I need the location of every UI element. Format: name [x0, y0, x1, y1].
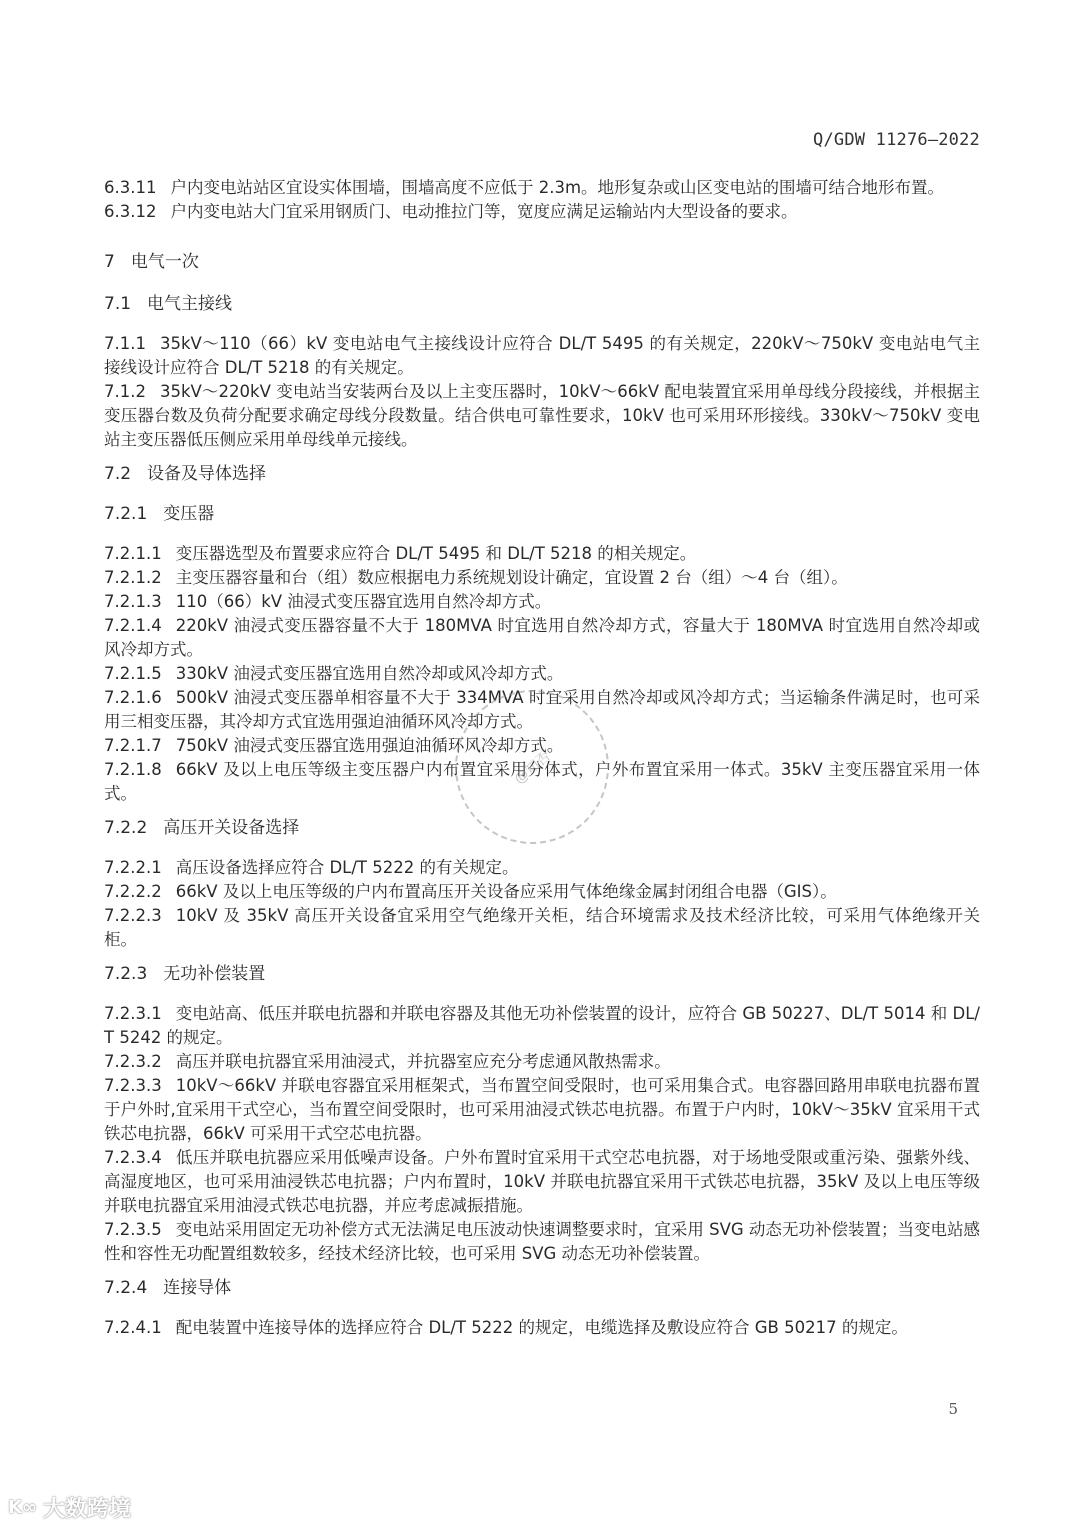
watermark-logo: K∞ 大数跨境 — [8, 1492, 131, 1523]
clause-number: 7.1.1 — [104, 334, 146, 353]
section-number: 7.2.1 — [104, 504, 147, 524]
clause-number: 7.2.1.3 — [104, 592, 162, 611]
clause-text: 高压设备选择应符合 DL/T 5222 的有关规定。 — [176, 858, 519, 877]
clause-text: 110（66）kV 油浸式变压器宜选用自然冷却方式。 — [176, 592, 552, 611]
clause-number: 7.2.1.5 — [104, 664, 162, 683]
clause-7-2-2-2: 7.2.2.266kV 及以上电压等级的户内布置高压开关设备应采用气体绝缘金属封… — [104, 880, 980, 904]
clause-number: 7.2.3.2 — [104, 1052, 162, 1071]
standard-code-header: Q/GDW 11276—2022 — [813, 130, 980, 150]
section-heading-7: 7电气一次 — [104, 250, 980, 274]
logo-icon: K∞ — [8, 1497, 37, 1518]
clause-7-2-3-5: 7.2.3.5变电站采用固定无功补偿方式无法满足电压波动快速调整要求时，宜采用 … — [104, 1218, 980, 1266]
clause-number: 7.2.3.5 — [104, 1220, 162, 1239]
clause-number: 7.2.3.1 — [104, 1004, 162, 1023]
clause-text: 10kV～66kV 并联电容器宜采用框架式，当布置空间受限时，也可采用集合式。电… — [104, 1076, 980, 1143]
clause-text: 高压并联电抗器宜采用油浸式，并抗器室应充分考虑通风散热需求。 — [176, 1052, 671, 1071]
clause-7-2-1-4: 7.2.1.4220kV 油浸式变压器容量不大于 180MVA 时宜选用自然冷却… — [104, 614, 980, 662]
clause-7-2-2-3: 7.2.2.310kV 及 35kV 高压开关设备宜采用空气绝缘开关柜，结合环境… — [104, 904, 980, 952]
stamp-text: @知否 — [509, 746, 554, 788]
section-heading-7-2-3: 7.2.3无功补偿装置 — [104, 962, 980, 986]
clause-number: 7.2.3.3 — [104, 1076, 162, 1095]
clause-text: 户内变电站大门宜采用钢质门、电动推拉门等，宽度应满足运输站内大型设备的要求。 — [170, 202, 797, 221]
section-title: 变压器 — [163, 504, 214, 524]
section-title: 无功补偿装置 — [163, 964, 265, 984]
section-title: 电气一次 — [131, 252, 199, 272]
section-heading-7-1: 7.1电气主接线 — [104, 292, 980, 316]
section-number: 7 — [104, 252, 115, 272]
section-title: 连接导体 — [163, 1278, 231, 1298]
clause-text: 低压并联电抗器应采用低噪声设备。户外布置时宜采用干式空芯电抗器，对于场地受限或重… — [104, 1148, 980, 1215]
clause-text: 变压器选型及布置要求应符合 DL/T 5495 和 DL/T 5218 的相关规… — [176, 544, 697, 563]
clause-text: 10kV 及 35kV 高压开关设备宜采用空气绝缘开关柜，结合环境需求及技术经济… — [104, 906, 980, 949]
section-number: 7.1 — [104, 294, 131, 314]
section-heading-7-2-4: 7.2.4连接导体 — [104, 1276, 980, 1300]
clause-number: 7.2.2.3 — [104, 906, 162, 925]
clause-text: 220kV 油浸式变压器容量不大于 180MVA 时宜选用自然冷却方式，容量大于… — [104, 616, 980, 659]
logo-text: 大数跨境 — [43, 1492, 131, 1523]
clause-number: 7.2.1.8 — [104, 760, 162, 779]
clause-7-1-2: 7.1.235kV～220kV 变电站当安装两台及以上主变压器时，10kV～66… — [104, 380, 980, 452]
page-number: 5 — [948, 1400, 958, 1418]
clause-number: 6.3.11 — [104, 178, 156, 197]
clause-7-2-3-2: 7.2.3.2高压并联电抗器宜采用油浸式，并抗器室应充分考虑通风散热需求。 — [104, 1050, 980, 1074]
clause-7-2-3-4: 7.2.3.4低压并联电抗器应采用低噪声设备。户外布置时宜采用干式空芯电抗器，对… — [104, 1146, 980, 1218]
clause-number: 7.2.1.7 — [104, 736, 162, 755]
clause-7-2-1-2: 7.2.1.2主变压器容量和台（组）数应根据电力系统规划设计确定，宜设置 2 台… — [104, 566, 980, 590]
clause-text: 330kV 油浸式变压器宜选用自然冷却或风冷却方式。 — [176, 664, 564, 683]
clause-text: 35kV～110（66）kV 变电站电气主接线设计应符合 DL/T 5495 的… — [104, 334, 980, 377]
section-title: 电气主接线 — [147, 294, 232, 314]
clause-text: 35kV～220kV 变电站当安装两台及以上主变压器时，10kV～66kV 配电… — [104, 382, 980, 449]
clause-6-3-11: 6.3.11户内变电站站区宜设实体围墙，围墙高度不应低于 2.3m。地形复杂或山… — [104, 176, 980, 200]
section-number: 7.2.3 — [104, 964, 147, 984]
clause-7-2-3-3: 7.2.3.310kV～66kV 并联电容器宜采用框架式，当布置空间受限时，也可… — [104, 1074, 980, 1146]
section-number: 7.2.4 — [104, 1278, 147, 1298]
clause-7-2-3-1: 7.2.3.1变电站高、低压并联电抗器和并联电容器及其他无功补偿装置的设计，应符… — [104, 1002, 980, 1050]
clause-text: 户内变电站站区宜设实体围墙，围墙高度不应低于 2.3m。地形复杂或山区变电站的围… — [170, 178, 944, 197]
clause-number: 7.2.1.1 — [104, 544, 162, 563]
section-heading-7-2-1: 7.2.1变压器 — [104, 502, 980, 526]
clause-number: 7.2.2.2 — [104, 882, 162, 901]
clause-number: 7.1.2 — [104, 382, 146, 401]
clause-number: 7.2.2.1 — [104, 858, 162, 877]
clause-text: 66kV 及以上电压等级的户内布置高压开关设备应采用气体绝缘金属封闭组合电器（G… — [176, 882, 837, 901]
clause-7-2-4-1: 7.2.4.1配电装置中连接导体的选择应符合 DL/T 5222 的规定，电缆选… — [104, 1316, 980, 1340]
clause-7-2-2-1: 7.2.2.1高压设备选择应符合 DL/T 5222 的有关规定。 — [104, 856, 980, 880]
clause-number: 7.2.4.1 — [104, 1318, 162, 1337]
clause-number: 7.2.1.6 — [104, 688, 162, 707]
clause-text: 配电装置中连接导体的选择应符合 DL/T 5222 的规定，电缆选择及敷设应符合… — [176, 1318, 908, 1337]
clause-7-2-1-5: 7.2.1.5330kV 油浸式变压器宜选用自然冷却或风冷却方式。 — [104, 662, 980, 686]
clause-7-1-1: 7.1.135kV～110（66）kV 变电站电气主接线设计应符合 DL/T 5… — [104, 332, 980, 380]
clause-text: 主变压器容量和台（组）数应根据电力系统规划设计确定，宜设置 2 台（组）～4 台… — [176, 568, 848, 587]
clause-number: 6.3.12 — [104, 202, 156, 221]
clause-number: 7.2.1.4 — [104, 616, 162, 635]
clause-number: 7.2.1.2 — [104, 568, 162, 587]
clause-number: 7.2.3.4 — [104, 1148, 162, 1167]
clause-7-2-1-3: 7.2.1.3110（66）kV 油浸式变压器宜选用自然冷却方式。 — [104, 590, 980, 614]
clause-text: 变电站采用固定无功补偿方式无法满足电压波动快速调整要求时，宜采用 SVG 动态无… — [104, 1220, 980, 1263]
section-number: 7.2.2 — [104, 818, 147, 838]
section-heading-7-2: 7.2设备及导体选择 — [104, 462, 980, 486]
section-number: 7.2 — [104, 464, 131, 484]
clause-text: 变电站高、低压并联电抗器和并联电容器及其他无功补偿装置的设计，应符合 GB 50… — [104, 1004, 980, 1047]
section-title: 高压开关设备选择 — [163, 818, 299, 838]
clause-6-3-12: 6.3.12户内变电站大门宜采用钢质门、电动推拉门等，宽度应满足运输站内大型设备… — [104, 200, 980, 224]
clause-7-2-1-1: 7.2.1.1变压器选型及布置要求应符合 DL/T 5495 和 DL/T 52… — [104, 542, 980, 566]
section-title: 设备及导体选择 — [147, 464, 266, 484]
